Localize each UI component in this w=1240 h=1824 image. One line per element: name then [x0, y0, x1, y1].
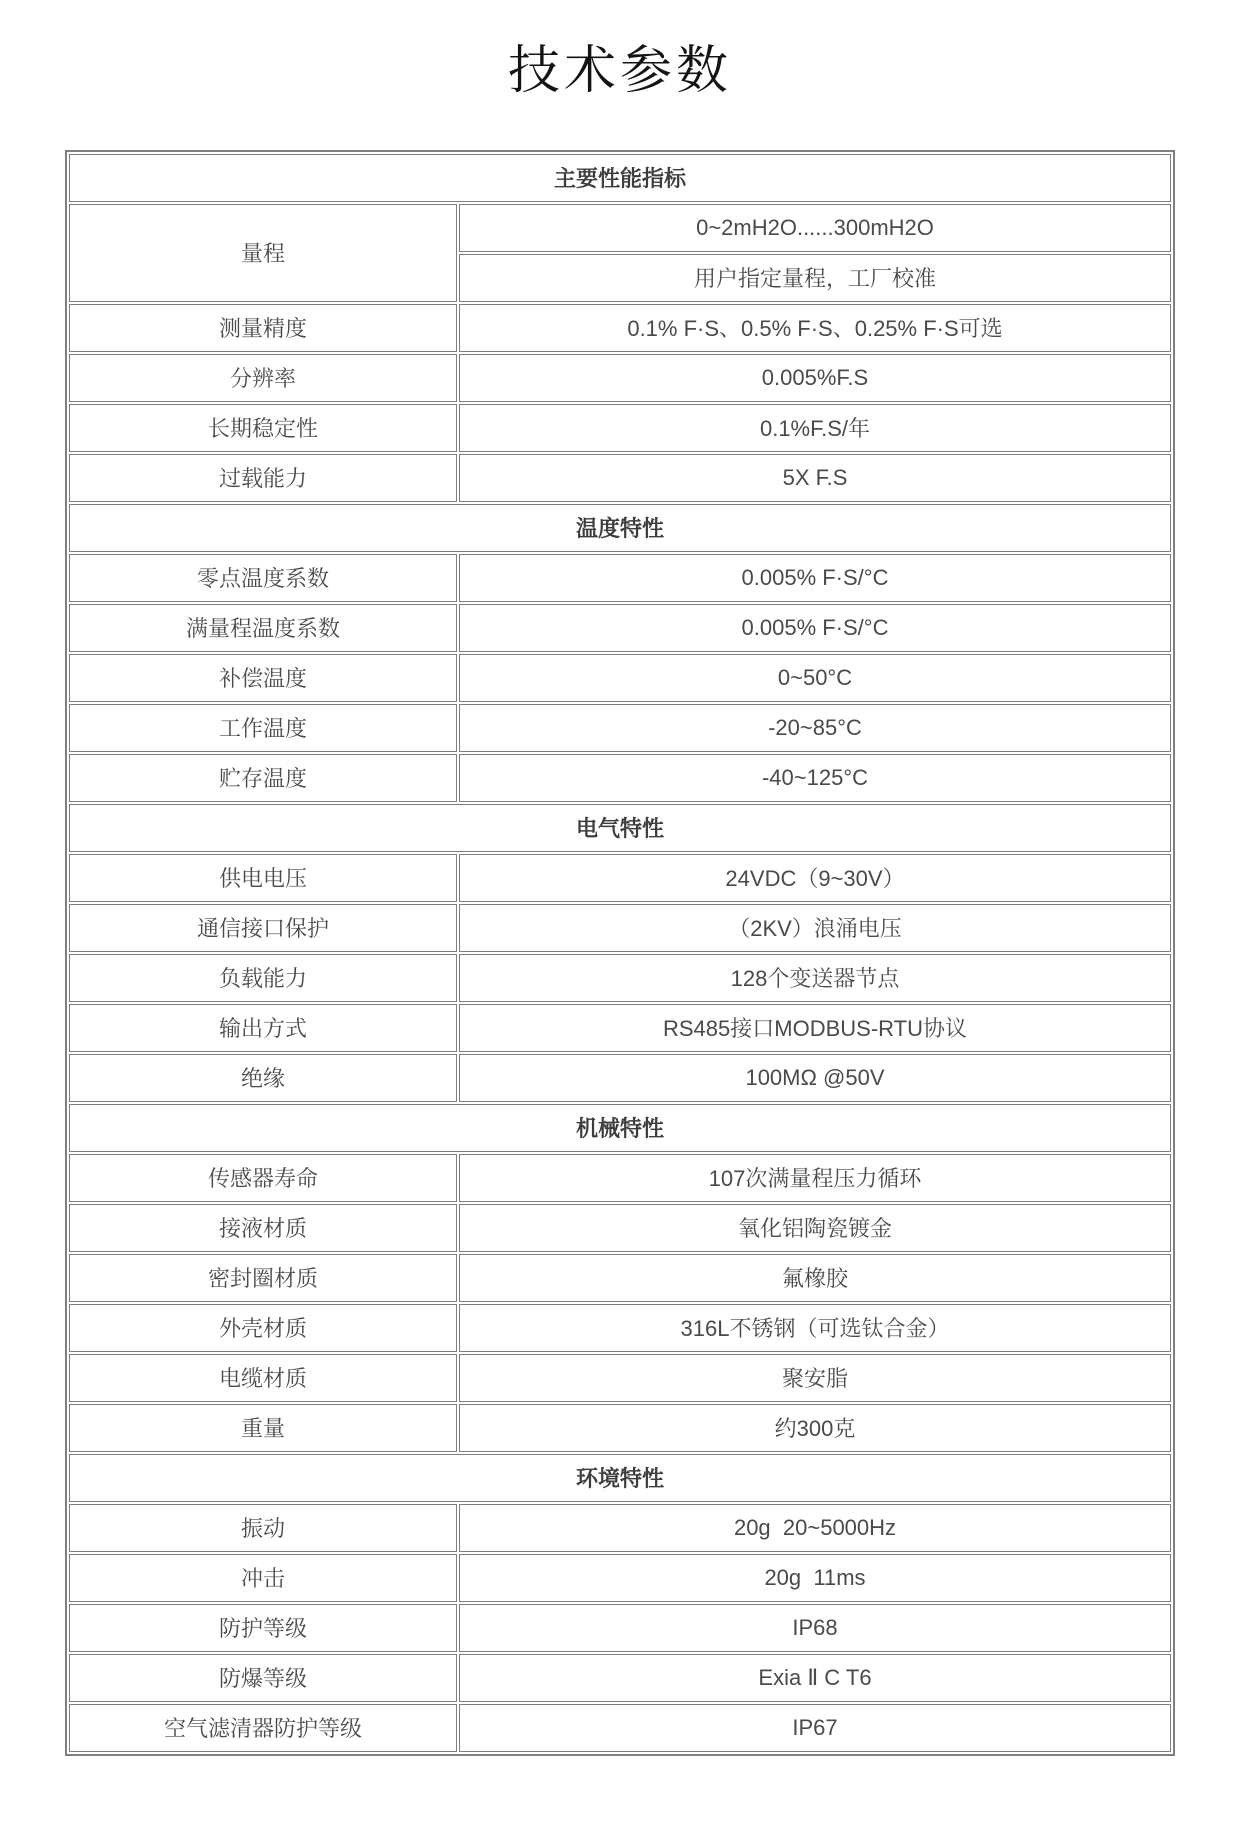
param-value: 100MΩ @50V	[459, 1054, 1171, 1102]
param-value: 聚安脂	[459, 1354, 1171, 1402]
param-label: 电缆材质	[69, 1354, 457, 1402]
param-label: 满量程温度系数	[69, 604, 457, 652]
param-label: 空气滤清器防护等级	[69, 1704, 457, 1752]
table-row: 量程 0~2mH2O......300mH2O	[69, 204, 1171, 252]
param-value: 0.1%F.S/年	[459, 404, 1171, 452]
param-label: 冲击	[69, 1554, 457, 1602]
param-value: IP68	[459, 1604, 1171, 1652]
param-value: 氟橡胶	[459, 1254, 1171, 1302]
param-label: 通信接口保护	[69, 904, 457, 952]
param-label: 负载能力	[69, 954, 457, 1002]
param-label: 量程	[69, 204, 457, 302]
param-label: 防护等级	[69, 1604, 457, 1652]
param-label: 补偿温度	[69, 654, 457, 702]
param-label: 长期稳定性	[69, 404, 457, 452]
section-header: 环境特性	[69, 1454, 1171, 1502]
table-row: 长期稳定性 0.1%F.S/年	[69, 404, 1171, 452]
table-row: 供电电压 24VDC（9~30V）	[69, 854, 1171, 902]
table-row: 过载能力 5X F.S	[69, 454, 1171, 502]
table-row: 冲击 20g 11ms	[69, 1554, 1171, 1602]
param-value: 24VDC（9~30V）	[459, 854, 1171, 902]
param-label: 过载能力	[69, 454, 457, 502]
table-row: 电缆材质 聚安脂	[69, 1354, 1171, 1402]
param-value: Exia Ⅱ C T6	[459, 1654, 1171, 1702]
param-value: 氧化铝陶瓷镀金	[459, 1204, 1171, 1252]
table-row: 补偿温度 0~50°C	[69, 654, 1171, 702]
param-label: 输出方式	[69, 1004, 457, 1052]
section-header-row: 环境特性	[69, 1454, 1171, 1502]
table-row: 工作温度 -20~85°C	[69, 704, 1171, 752]
table-row: 绝缘 100MΩ @50V	[69, 1054, 1171, 1102]
param-value: IP67	[459, 1704, 1171, 1752]
param-value: 约300克	[459, 1404, 1171, 1452]
table-row: 满量程温度系数 0.005% F·S/°C	[69, 604, 1171, 652]
param-value: 0~2mH2O......300mH2O	[459, 204, 1171, 252]
param-label: 振动	[69, 1504, 457, 1552]
param-value: 0.1% F·S、0.5% F·S、0.25% F·S可选	[459, 304, 1171, 352]
param-value: 0.005% F·S/°C	[459, 604, 1171, 652]
table-row: 传感器寿命 107次满量程压力循环	[69, 1154, 1171, 1202]
param-label: 接液材质	[69, 1204, 457, 1252]
section-header-row: 电气特性	[69, 804, 1171, 852]
section-header-row: 温度特性	[69, 504, 1171, 552]
table-row: 贮存温度 -40~125°C	[69, 754, 1171, 802]
section-header-row: 主要性能指标	[69, 154, 1171, 202]
param-label: 防爆等级	[69, 1654, 457, 1702]
param-value: 20g 11ms	[459, 1554, 1171, 1602]
param-value: -20~85°C	[459, 704, 1171, 752]
param-value: 0.005%F.S	[459, 354, 1171, 402]
page-title: 技术参数	[0, 38, 1240, 106]
param-label: 分辨率	[69, 354, 457, 402]
section-header: 主要性能指标	[69, 154, 1171, 202]
param-value: 0~50°C	[459, 654, 1171, 702]
param-label: 贮存温度	[69, 754, 457, 802]
spec-table: 主要性能指标 量程 0~2mH2O......300mH2O 用户指定量程，工厂…	[65, 150, 1175, 1756]
param-value: 5X F.S	[459, 454, 1171, 502]
table-row: 输出方式 RS485接口MODBUS-RTU协议	[69, 1004, 1171, 1052]
param-label: 工作温度	[69, 704, 457, 752]
section-header-row: 机械特性	[69, 1104, 1171, 1152]
table-row: 测量精度 0.1% F·S、0.5% F·S、0.25% F·S可选	[69, 304, 1171, 352]
table-row: 通信接口保护 （2KV）浪涌电压	[69, 904, 1171, 952]
section-header: 电气特性	[69, 804, 1171, 852]
param-label: 零点温度系数	[69, 554, 457, 602]
param-value: 107次满量程压力循环	[459, 1154, 1171, 1202]
table-row: 负载能力 128个变送器节点	[69, 954, 1171, 1002]
param-value: 316L不锈钢（可选钛合金）	[459, 1304, 1171, 1352]
table-row: 分辨率 0.005%F.S	[69, 354, 1171, 402]
table-row: 零点温度系数 0.005% F·S/°C	[69, 554, 1171, 602]
param-label: 测量精度	[69, 304, 457, 352]
table-row: 空气滤清器防护等级 IP67	[69, 1704, 1171, 1752]
param-label: 绝缘	[69, 1054, 457, 1102]
param-label: 密封圈材质	[69, 1254, 457, 1302]
param-value: RS485接口MODBUS-RTU协议	[459, 1004, 1171, 1052]
param-label: 外壳材质	[69, 1304, 457, 1352]
section-header: 温度特性	[69, 504, 1171, 552]
param-value: 20g 20~5000Hz	[459, 1504, 1171, 1552]
param-value: （2KV）浪涌电压	[459, 904, 1171, 952]
section-header: 机械特性	[69, 1104, 1171, 1152]
table-row: 振动 20g 20~5000Hz	[69, 1504, 1171, 1552]
param-label: 传感器寿命	[69, 1154, 457, 1202]
table-row: 防护等级 IP68	[69, 1604, 1171, 1652]
table-row: 重量 约300克	[69, 1404, 1171, 1452]
param-label: 供电电压	[69, 854, 457, 902]
param-label: 重量	[69, 1404, 457, 1452]
table-row: 密封圈材质 氟橡胶	[69, 1254, 1171, 1302]
table-row: 防爆等级 Exia Ⅱ C T6	[69, 1654, 1171, 1702]
param-value: 128个变送器节点	[459, 954, 1171, 1002]
table-row: 接液材质 氧化铝陶瓷镀金	[69, 1204, 1171, 1252]
param-value: 0.005% F·S/°C	[459, 554, 1171, 602]
param-value: -40~125°C	[459, 754, 1171, 802]
table-row: 外壳材质 316L不锈钢（可选钛合金）	[69, 1304, 1171, 1352]
param-value: 用户指定量程，工厂校准	[459, 254, 1171, 302]
page: 技术参数 主要性能指标 量程 0~2mH2O......300mH2O 用户指定…	[0, 38, 1240, 1756]
